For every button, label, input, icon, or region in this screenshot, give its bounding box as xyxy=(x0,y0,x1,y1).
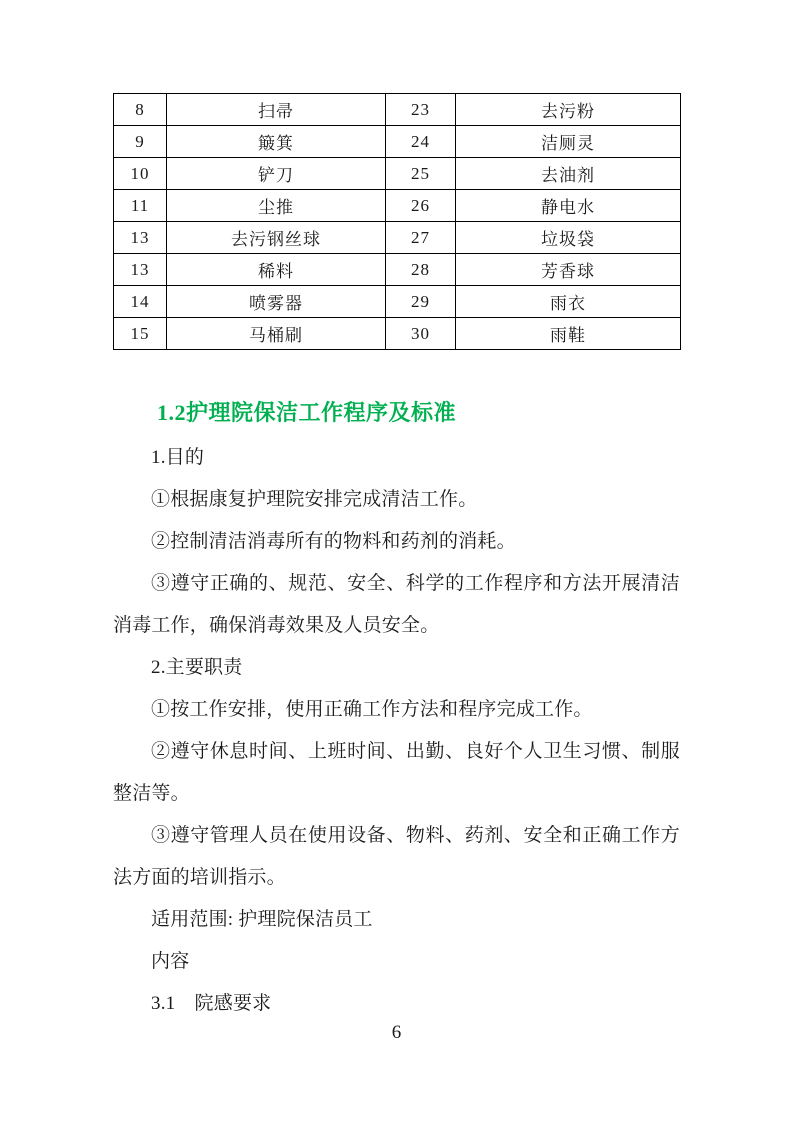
item-number-cell: 11 xyxy=(114,190,167,222)
item-name-cell: 稀料 xyxy=(167,254,386,286)
section-heading: 1.2护理院保洁工作程序及标准 xyxy=(113,397,680,429)
table-row: 8 扫帚 23 去污粉 xyxy=(114,94,681,126)
item-name-cell: 去污钢丝球 xyxy=(167,222,386,254)
paragraph-purpose-1: ①根据康复护理院安排完成清洁工作。 xyxy=(113,479,680,521)
item-number-cell: 8 xyxy=(114,94,167,126)
item-name-cell: 垃圾袋 xyxy=(456,222,681,254)
item-number-cell: 23 xyxy=(386,94,456,126)
item-number-cell: 10 xyxy=(114,158,167,190)
table-row: 10 铲刀 25 去油剂 xyxy=(114,158,681,190)
item-name-cell: 洁厕灵 xyxy=(456,126,681,158)
paragraph-purpose-title: 1.目的 xyxy=(113,437,680,479)
item-name-cell: 喷雾器 xyxy=(167,286,386,318)
item-name-cell: 铲刀 xyxy=(167,158,386,190)
table-row: 13 稀料 28 芳香球 xyxy=(114,254,681,286)
page-number: 6 xyxy=(0,1022,793,1044)
item-number-cell: 30 xyxy=(386,318,456,350)
item-name-cell: 马桶刷 xyxy=(167,318,386,350)
item-name-cell: 去污粉 xyxy=(456,94,681,126)
item-number-cell: 13 xyxy=(114,222,167,254)
item-name-cell: 静电水 xyxy=(456,190,681,222)
item-name-cell: 去油剂 xyxy=(456,158,681,190)
item-name-cell: 芳香球 xyxy=(456,254,681,286)
paragraph-duties-2: ②遵守休息时间、上班时间、出勤、良好个人卫生习惯、制服整洁等。 xyxy=(113,731,680,815)
paragraph-section-3-1: 3.1 院感要求 xyxy=(113,983,680,1025)
body-text: 1.目的 ①根据康复护理院安排完成清洁工作。 ②控制清洁消毒所有的物料和药剂的消… xyxy=(113,437,680,1025)
item-name-cell: 扫帚 xyxy=(167,94,386,126)
item-number-cell: 14 xyxy=(114,286,167,318)
table-row: 11 尘推 26 静电水 xyxy=(114,190,681,222)
paragraph-duties-title: 2.主要职责 xyxy=(113,647,680,689)
item-number-cell: 29 xyxy=(386,286,456,318)
item-number-cell: 9 xyxy=(114,126,167,158)
paragraph-duties-3: ③遵守管理人员在使用设备、物料、药剂、安全和正确工作方法方面的培训指示。 xyxy=(113,815,680,899)
item-name-cell: 尘推 xyxy=(167,190,386,222)
table-row: 14 喷雾器 29 雨衣 xyxy=(114,286,681,318)
paragraph-duties-1: ①按工作安排，使用正确工作方法和程序完成工作。 xyxy=(113,689,680,731)
paragraph-purpose-3: ③遵守正确的、规范、安全、科学的工作程序和方法开展清洁消毒工作，确保消毒效果及人… xyxy=(113,563,680,647)
item-name-cell: 雨衣 xyxy=(456,286,681,318)
paragraph-purpose-2: ②控制清洁消毒所有的物料和药剂的消耗。 xyxy=(113,521,680,563)
item-number-cell: 28 xyxy=(386,254,456,286)
item-number-cell: 15 xyxy=(114,318,167,350)
document-page: 8 扫帚 23 去污粉 9 簸箕 24 洁厕灵 10 铲刀 25 去油剂 xyxy=(0,0,793,1122)
supplies-table: 8 扫帚 23 去污粉 9 簸箕 24 洁厕灵 10 铲刀 25 去油剂 xyxy=(113,93,681,350)
paragraph-scope: 适用范围: 护理院保洁员工 xyxy=(113,899,680,941)
item-number-cell: 24 xyxy=(386,126,456,158)
item-number-cell: 25 xyxy=(386,158,456,190)
item-number-cell: 27 xyxy=(386,222,456,254)
table-row: 13 去污钢丝球 27 垃圾袋 xyxy=(114,222,681,254)
item-name-cell: 雨鞋 xyxy=(456,318,681,350)
item-name-cell: 簸箕 xyxy=(167,126,386,158)
document-content: 8 扫帚 23 去污粉 9 簸箕 24 洁厕灵 10 铲刀 25 去油剂 xyxy=(113,0,680,1025)
item-number-cell: 26 xyxy=(386,190,456,222)
item-number-cell: 13 xyxy=(114,254,167,286)
table-row: 15 马桶刷 30 雨鞋 xyxy=(114,318,681,350)
paragraph-content-label: 内容 xyxy=(113,941,680,983)
table-row: 9 簸箕 24 洁厕灵 xyxy=(114,126,681,158)
